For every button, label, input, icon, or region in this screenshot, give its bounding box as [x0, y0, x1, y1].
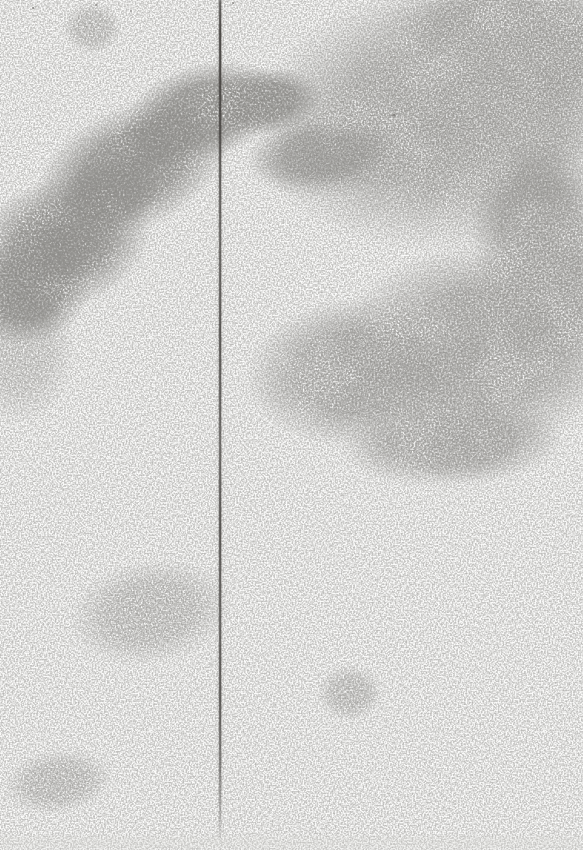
bottom-edge-shading [0, 836, 583, 850]
smudge-scatter [0, 0, 583, 850]
binding-crease-line [219, 0, 222, 841]
scan-texture [0, 0, 583, 850]
scanned-page [0, 0, 583, 850]
